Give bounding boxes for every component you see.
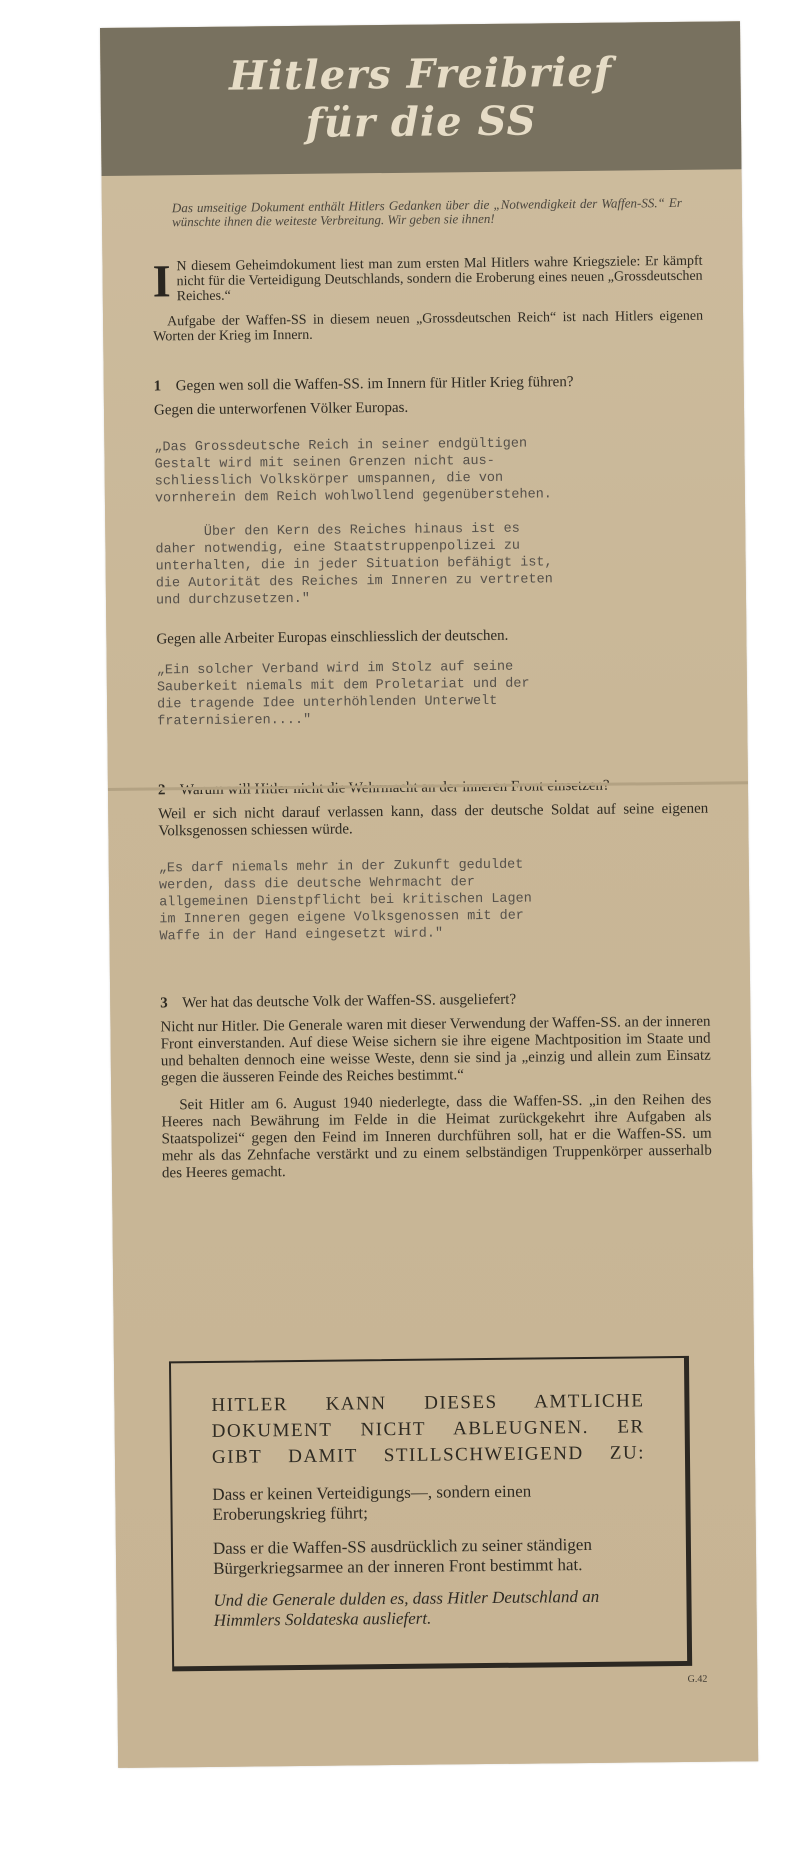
summary-box: HITLER KANN DIESES AMTLICHE DOKUMENT NIC… [169, 1356, 692, 1671]
lead-text: N diesem Geheimdokument liest man zum er… [176, 254, 702, 305]
box-item-1: Dass er keinen Verteidigungs—, sondern e… [212, 1480, 645, 1525]
title-line-1: Hitlers Freibrief [229, 49, 612, 101]
question-text: Gegen wen soll die Waffen-SS. im Innern … [176, 374, 574, 394]
question-1: 1 Gegen wen soll die Waffen-SS. im Inner… [154, 373, 704, 395]
leaflet-body: Das umseitige Dokument enthält Hitlers G… [152, 170, 713, 1183]
lead-paragraph: I N diesem Geheimdokument liest man zum … [152, 254, 702, 305]
intro-note: Das umseitige Dokument enthält Hitlers G… [172, 196, 682, 229]
title-banner: Hitlers Freibrief für die SS [100, 21, 742, 176]
drop-cap: I [152, 261, 170, 301]
question-number: 1 [154, 378, 176, 394]
lead-paragraph-2: Aufgabe der Waffen-SS in diesem neuen „G… [153, 309, 703, 345]
question-3: 3 Wer hat das deutsche Volk der Waffen-S… [160, 990, 710, 1012]
title-line-2: für die SS [305, 97, 536, 147]
answer-1a: Gegen die unterworfenen Völker Europas. [154, 397, 704, 420]
quote-2: „Es darf niemals mehr in der Zukunft ged… [159, 855, 710, 946]
answer-3a: Nicht nur Hitler. Die Generale waren mit… [160, 1014, 711, 1088]
box-closing: Und die Generale dulden es, dass Hitler … [213, 1586, 646, 1631]
answer-2: Weil er sich nicht darauf verlassen kann… [158, 801, 708, 841]
answer-3b: Seit Hitler am 6. August 1940 niederlegt… [161, 1092, 712, 1183]
answer-1b: Gegen alle Arbeiter Europas einschliessl… [156, 626, 706, 649]
quote-1b: „Ein solcher Verband wird im Stolz auf s… [157, 657, 708, 731]
box-item-2: Dass er die Waffen-SS ausdrücklich zu se… [213, 1534, 646, 1579]
quote-1a: „Das Grossdeutsche Reich in seiner endgü… [154, 434, 706, 610]
question-text: Wer hat das deutsche Volk der Waffen-SS.… [182, 992, 516, 1011]
box-heading-line-3: GIBT DAMIT STILLSCHWEIGEND ZU: [212, 1440, 645, 1471]
question-number: 3 [160, 995, 182, 1011]
print-code: G.42 [688, 1674, 708, 1685]
leaflet-sheet: Hitlers Freibrief für die SS Das umseiti… [100, 21, 758, 1768]
